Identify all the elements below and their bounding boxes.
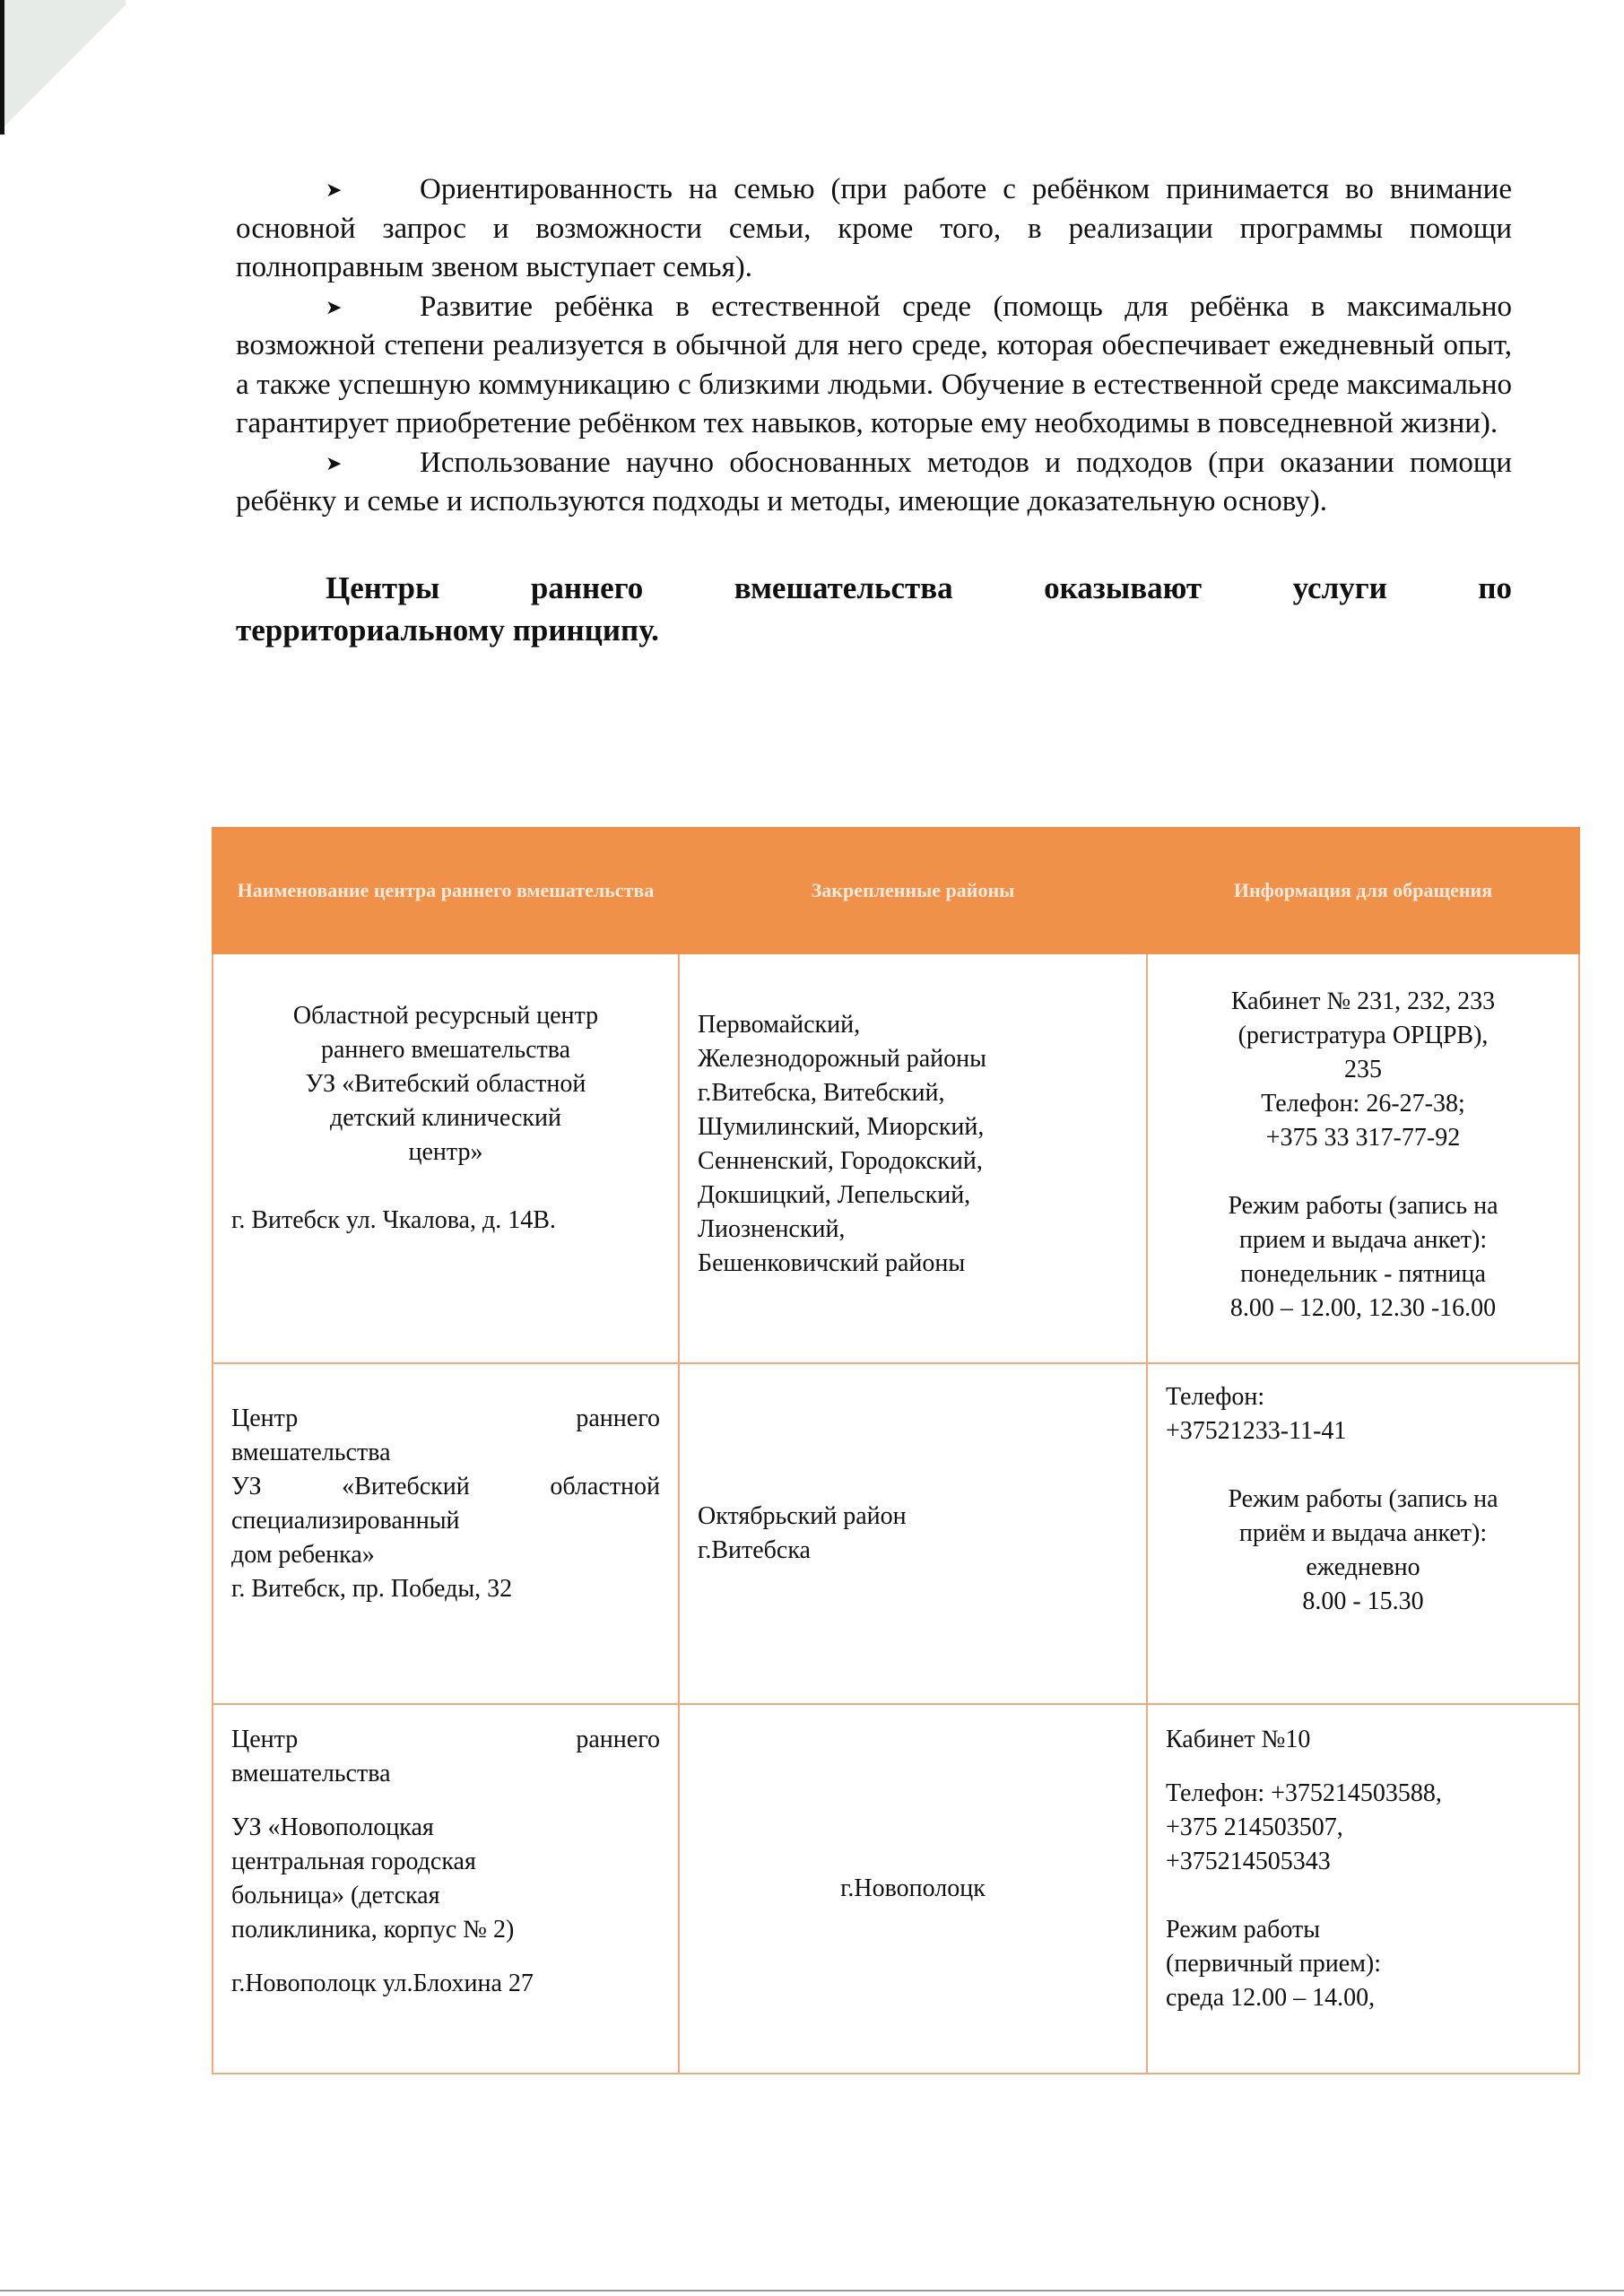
phone-number: +375 214503507, (1166, 1811, 1560, 1845)
districts-cell: Первомайский, Железнодорожный районы г.В… (679, 953, 1147, 1363)
center-address: г. Витебск ул. Чкалова, д. 14В. (231, 1204, 660, 1238)
center-address: г. Витебск, пр. Победы, 32 (231, 1572, 660, 1606)
contact-cell: Телефон: +37521233-11-41 Режим работы (з… (1147, 1363, 1579, 1704)
phone-number: +37521233-11-41 (1166, 1414, 1560, 1448)
heading-line-2: территориальному принципу. (236, 609, 1512, 651)
bullet-text: Использование научно обоснованных методо… (236, 444, 1512, 522)
phone-number: +375214505343 (1166, 1845, 1560, 1879)
table-header-row: Наименование центра раннего вмешательств… (213, 828, 1579, 953)
center-name-cell: Областной ресурсный центр раннего вмешат… (213, 953, 679, 1363)
districts-cell: Октябрьский район г.Витебска (679, 1363, 1147, 1704)
contact-cell: Кабинет №10 Телефон: +375214503588, +375… (1147, 1704, 1579, 2074)
cabinet-number: Кабинет №10 (1166, 1723, 1560, 1757)
column-header-center-name: Наименование центра раннего вмешательств… (213, 828, 679, 953)
heading-line-1: Центры раннего вмешательства оказывают у… (236, 567, 1512, 609)
table-row: Центр раннего вмешательства УЗ «Новополо… (213, 1704, 1579, 2074)
table-row: Центр раннего вмешательства УЗ «Витебски… (213, 1363, 1579, 1704)
center-address: г.Новополоцк ул.Блохина 27 (231, 1967, 660, 2001)
column-header-districts: Закрепленные районы (679, 828, 1147, 953)
arrowhead-bullet-icon: ➤ (326, 288, 370, 327)
scan-edge (0, 0, 4, 135)
bullet-paragraph: ➤ Ориентированность на семью (при работе… (236, 170, 1512, 288)
bullet-text: Ориентированность на семью (при работе с… (236, 170, 1512, 288)
contact-cell: Кабинет № 231, 232, 233 (регистратура ОР… (1147, 953, 1579, 1363)
document-body: ➤ Ориентированность на семью (при работе… (236, 170, 1512, 651)
center-name-cell: Центр раннего вмешательства УЗ «Новополо… (213, 1704, 679, 2074)
phone-number: Телефон: +375214503588, (1166, 1777, 1560, 1811)
arrowhead-bullet-icon: ➤ (326, 444, 370, 483)
arrowhead-bullet-icon: ➤ (326, 170, 370, 210)
centers-table: Наименование центра раннего вмешательств… (212, 827, 1580, 2074)
scan-bottom-edge (0, 2290, 1624, 2292)
phone-number: Телефон: 26-27-38; (1166, 1087, 1560, 1121)
scan-corner-shadow (0, 0, 126, 135)
bullet-text: Развитие ребёнка в естественной среде (п… (236, 288, 1512, 444)
phone-number: +375 33 317-77-92 (1166, 1121, 1560, 1155)
column-header-contacts: Информация для обращения (1147, 828, 1579, 953)
bullet-paragraph: ➤ Использование научно обоснованных мето… (236, 444, 1512, 522)
center-name-cell: Центр раннего вмешательства УЗ «Витебски… (213, 1363, 679, 1704)
districts-cell: г.Новополоцк (679, 1704, 1147, 2074)
table-row: Областной ресурсный центр раннего вмешат… (213, 953, 1579, 1363)
bullet-paragraph: ➤ Развитие ребёнка в естественной среде … (236, 288, 1512, 444)
section-heading: Центры раннего вмешательства оказывают у… (236, 567, 1512, 651)
